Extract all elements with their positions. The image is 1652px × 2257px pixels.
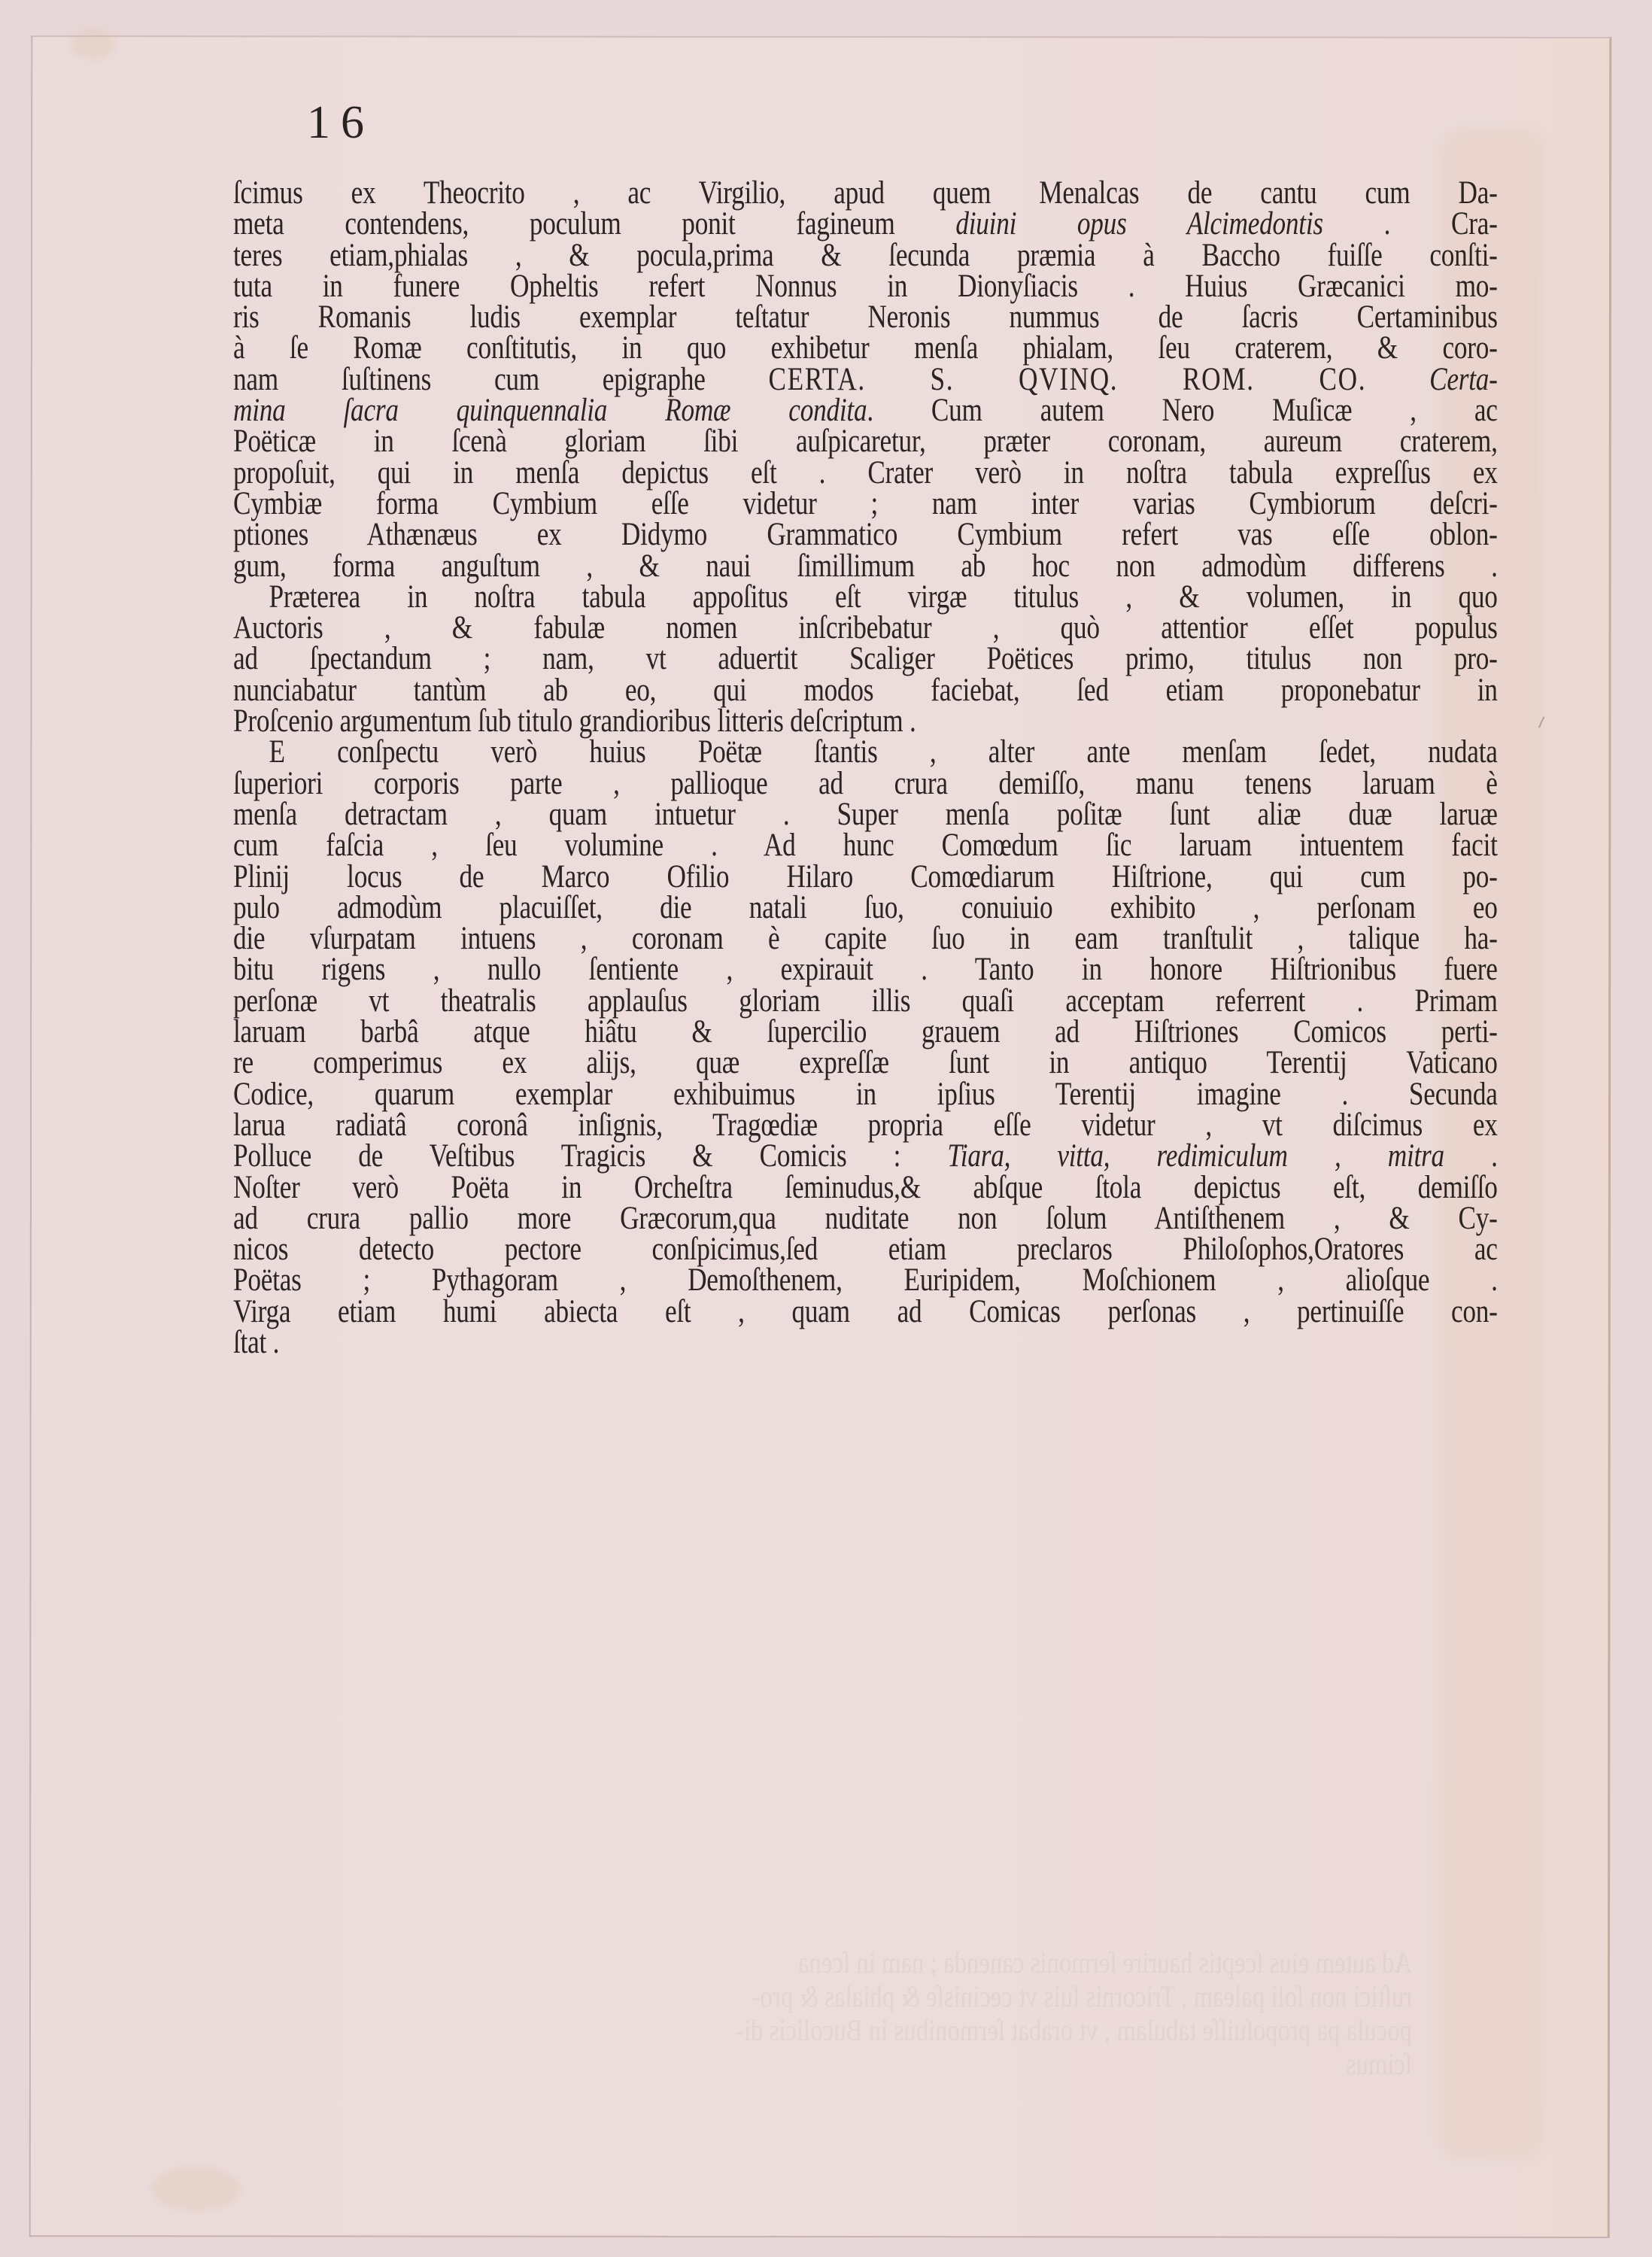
text-line: bitu rigens , nullo ſentiente , expiraui… bbox=[233, 954, 1498, 985]
text-segment: meta contendens, poculum ponit fagineum bbox=[233, 206, 955, 241]
text-line: ad crura pallio more Græcorum,qua nudita… bbox=[233, 1203, 1498, 1234]
text-line: tuta in funere Opheltis refert Nonnus in… bbox=[233, 271, 1498, 302]
text-line: à ſe Romæ conſtitutis, in quo exhibetur … bbox=[233, 333, 1498, 363]
text-segment: nam ſuſtinens cum epigraphe bbox=[233, 362, 768, 397]
text-line: nunciabatur tantùm ab eo, qui modos faci… bbox=[233, 675, 1498, 706]
text-line: nam ſuſtinens cum epigraphe CERTA. S. QV… bbox=[233, 364, 1498, 395]
text-line: gum, forma anguſtum , & naui ſimillimum … bbox=[233, 551, 1498, 582]
text-line: Auctoris , & fabulæ nomen inſcribebatur … bbox=[233, 612, 1498, 643]
body-text: ſcimus ex Theocrito , ac Virgilio, apud … bbox=[233, 178, 1497, 1358]
text-line: Proſcenio argumentum ſub titulo grandior… bbox=[233, 706, 1498, 737]
italic-text: mina ſacra quinquennalia Romæ condita bbox=[233, 393, 867, 428]
text-line: Poëtas ; Pythagoram , Demoſthenem, Eurip… bbox=[233, 1265, 1498, 1296]
text-line: Noſter verò Poëta in Orcheſtra ſeminudus… bbox=[233, 1172, 1498, 1203]
text-line: ptiones Athænæus ex Didymo Grammatico Cy… bbox=[233, 519, 1498, 550]
inscription-text: CERTA. S. QVINQ. ROM. CO. bbox=[768, 362, 1366, 397]
page-number: 16 bbox=[307, 96, 375, 150]
text-line: cum faſcia , ſeu volumine . Ad hunc Comœ… bbox=[233, 830, 1498, 861]
text-line: mina ſacra quinquennalia Romæ condita. C… bbox=[233, 395, 1498, 426]
text-segment: . bbox=[1444, 1138, 1498, 1174]
text-line: E conſpectu verò huius Poëtæ ſtantis , a… bbox=[233, 737, 1498, 767]
foxing-stain bbox=[70, 29, 115, 59]
italic-text: Tiara, vitta, redimiculum , mitra bbox=[947, 1138, 1444, 1174]
text-line: die vſurpatam intuens , coronam è capite… bbox=[233, 923, 1498, 954]
text-line: re comperimus ex alijs, quæ expreſſæ ſun… bbox=[233, 1047, 1498, 1078]
text-line: Virga etiam humi abiecta eſt , quam ad C… bbox=[233, 1296, 1498, 1327]
foxing-stain bbox=[151, 2166, 241, 2211]
italic-text: diuini opus Alcimedontis bbox=[955, 206, 1323, 241]
text-line: Plinij locus de Marco Ofilio Hilaro Comœ… bbox=[233, 861, 1498, 892]
show-through-text: ruſtici non ſoli paleam , Tricornis ſuis… bbox=[363, 1979, 1412, 2014]
text-line: pulo admodùm placuiſſet, die natali ſuo,… bbox=[233, 892, 1498, 923]
show-through-text: ſcimus bbox=[363, 2046, 1412, 2082]
text-line: nicos detecto pectore conſpicimus,ſed et… bbox=[233, 1234, 1498, 1265]
text-line: ſuperiori corporis parte , pallioque ad … bbox=[233, 768, 1498, 799]
text-line: Codice, quarum exemplar exhibuimus in ip… bbox=[233, 1079, 1498, 1110]
text-line: ris Romanis ludis exemplar teſtatur Nero… bbox=[233, 302, 1498, 333]
text-line: menſa detractam , quam intuetur . Super … bbox=[233, 799, 1498, 830]
text-line: perſonæ vt theatralis applauſus gloriam … bbox=[233, 986, 1498, 1016]
text-line: ſcimus ex Theocrito , ac Virgilio, apud … bbox=[233, 178, 1498, 208]
text-line: Cymbiæ forma Cymbium eſſe videtur ; nam … bbox=[233, 488, 1498, 519]
text-line: Poëticæ in ſcenà gloriam ſibi auſpicaret… bbox=[233, 426, 1498, 457]
text-segment: Polluce de Veſtibus Tragicis & Comicis : bbox=[233, 1138, 947, 1174]
text-line: Præterea in noſtra tabula appoſitus eſt … bbox=[233, 582, 1498, 612]
text-line: larua radiatâ coronâ inſignis, Tragœdiæ … bbox=[233, 1110, 1498, 1141]
text-line: ſtat . bbox=[233, 1327, 1498, 1358]
text-line: Polluce de Veſtibus Tragicis & Comicis :… bbox=[233, 1141, 1498, 1171]
italic-text: Certa- bbox=[1366, 362, 1497, 397]
text-line: ad ſpectandum ; nam, vt aduertit Scalige… bbox=[233, 643, 1498, 674]
text-line: teres etiam,phialas , & pocula,prima & ſ… bbox=[233, 240, 1498, 271]
text-segment: . Cum autem Nero Muſicæ , ac bbox=[867, 393, 1497, 428]
text-segment: . Cra- bbox=[1323, 206, 1498, 241]
show-through-text: pocula pa propoſuiſſe tabulam , vt oraba… bbox=[363, 2012, 1412, 2048]
text-line: meta contendens, poculum ponit fagineum … bbox=[233, 208, 1498, 239]
text-line: propoſuit, qui in menſa depictus eſt . C… bbox=[233, 457, 1498, 488]
text-line: laruam barbâ atque hiâtu & ſupercilio gr… bbox=[233, 1016, 1498, 1047]
show-through-text: Ad autem eius ſceptis haurire ſermonis c… bbox=[363, 1945, 1412, 1980]
